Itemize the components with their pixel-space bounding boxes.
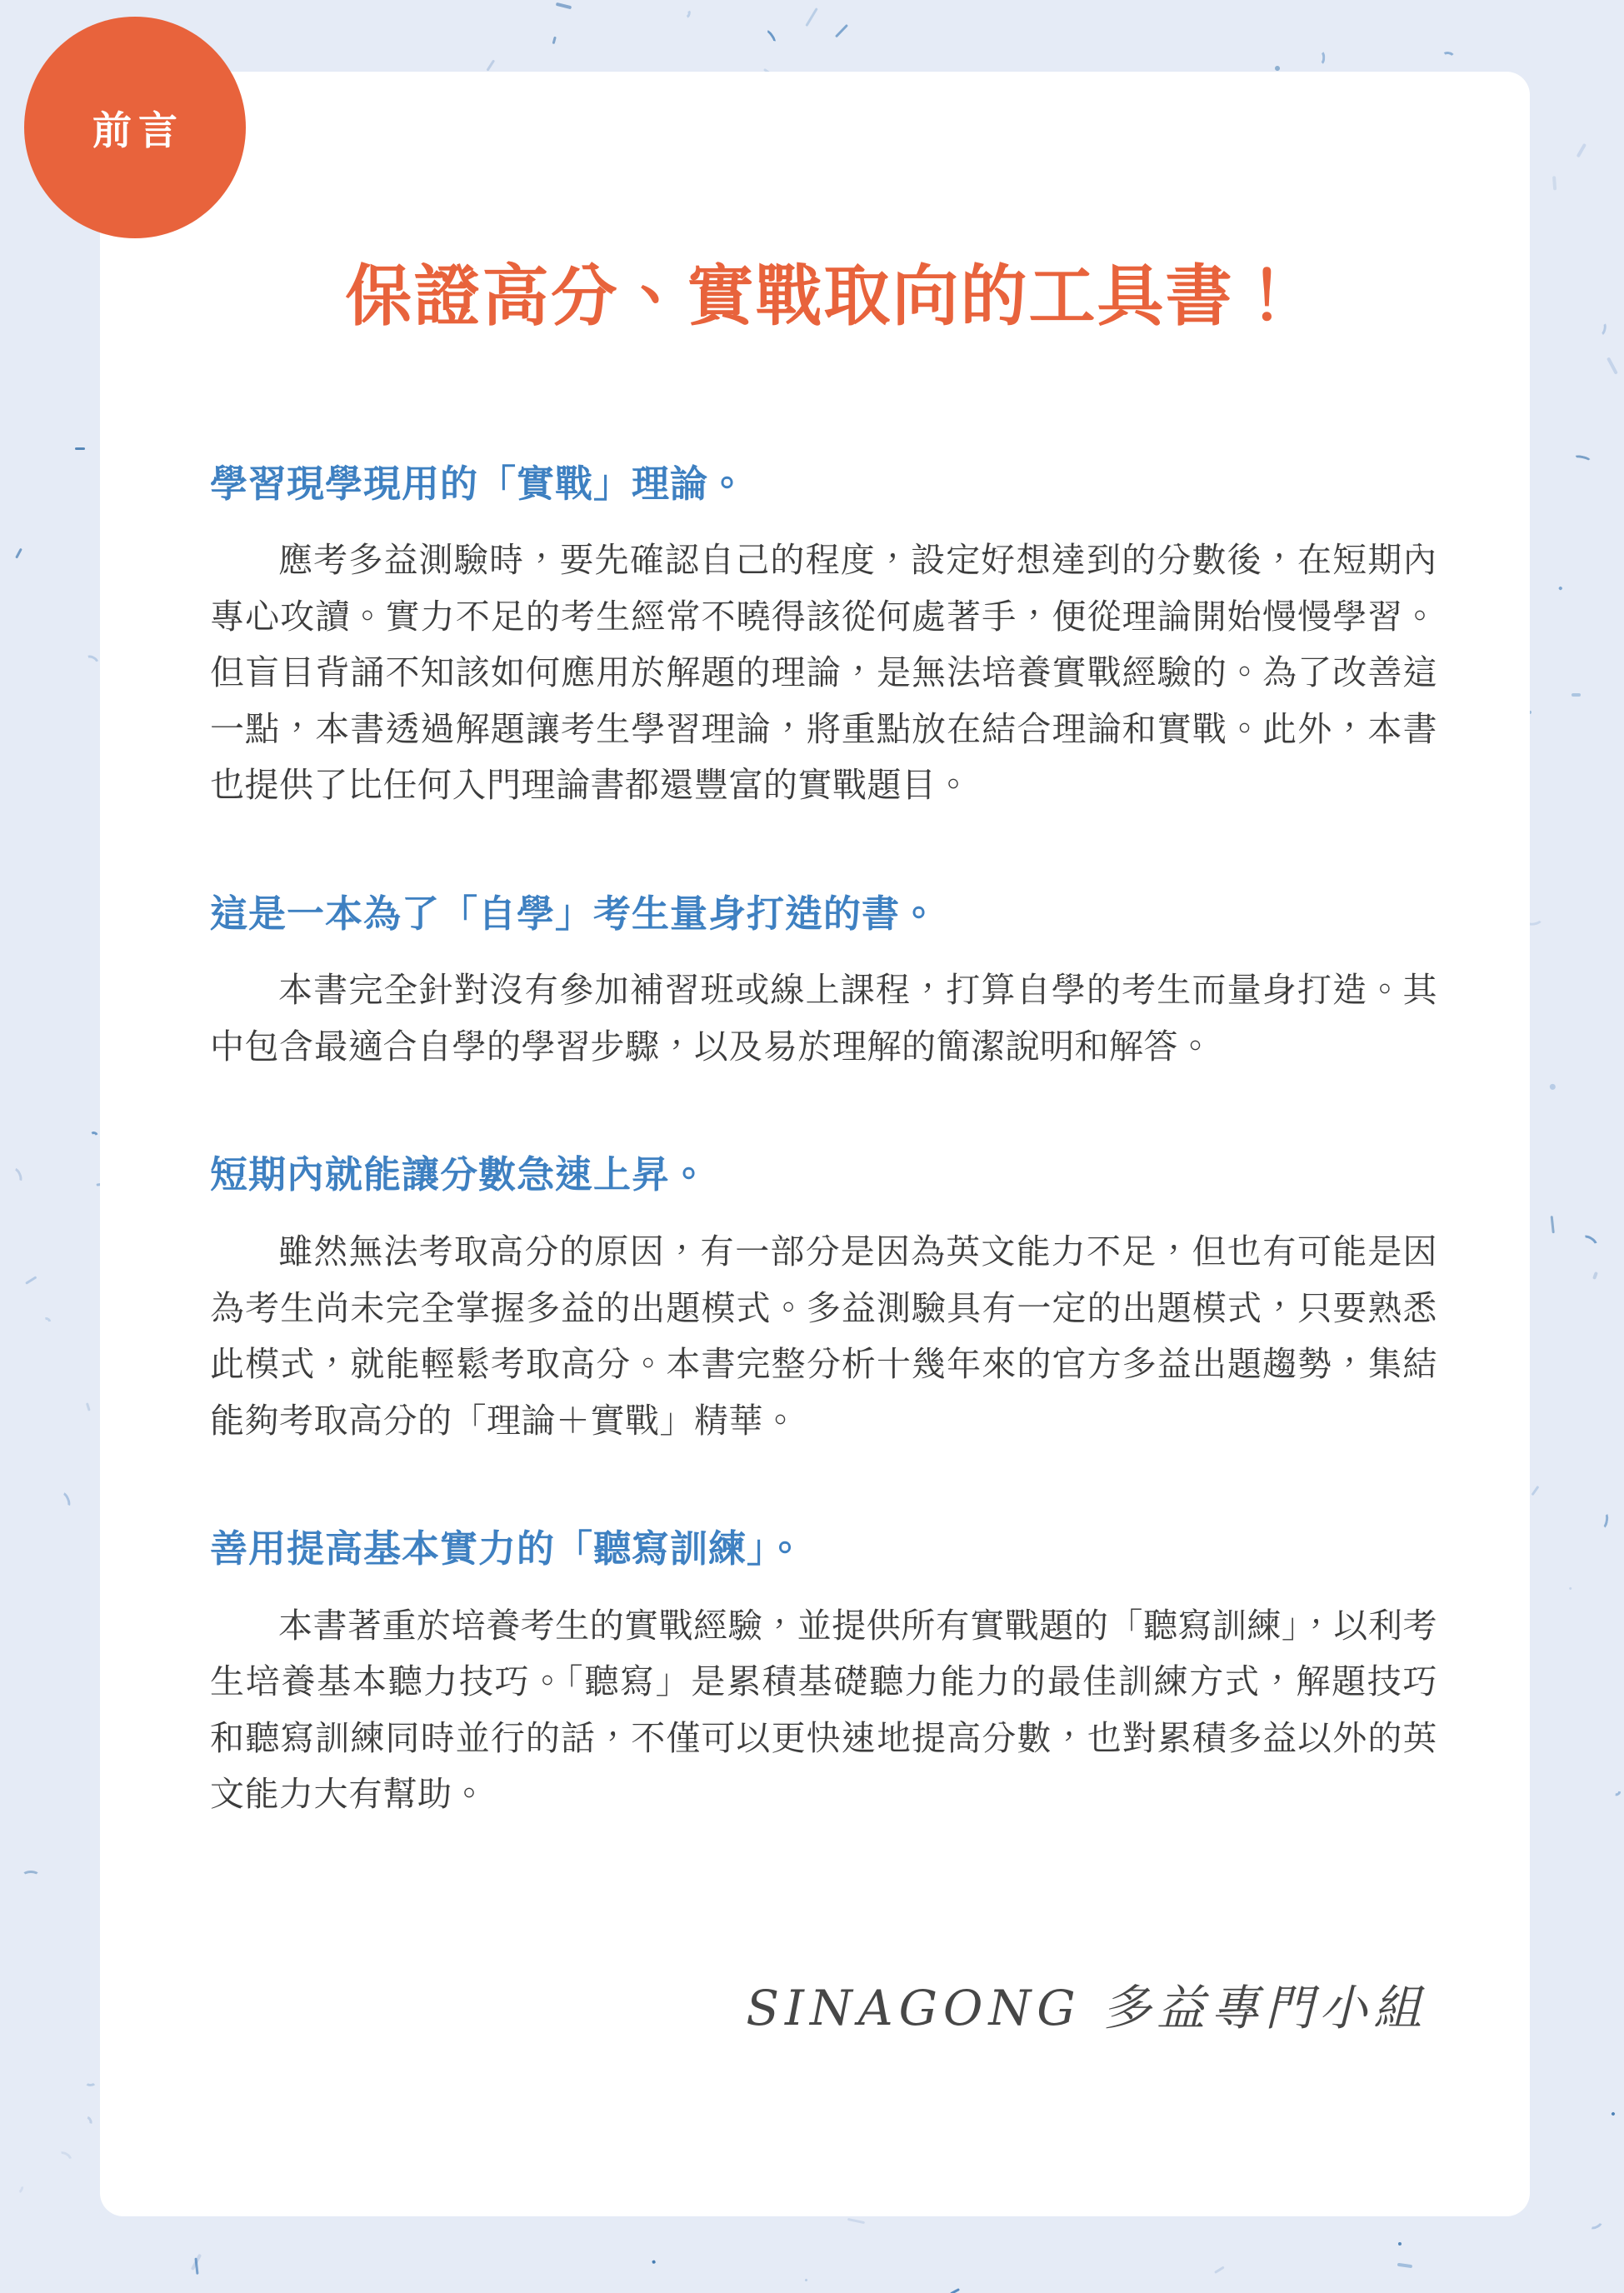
confetti-speck [1611,2112,1616,2117]
confetti-speck [25,1276,37,1284]
confetti-speck [1550,1084,1557,1091]
page-background: 保證高分、實戰取向的工具書！ 學習現學現用的「實戰」理論。 應考多益測驗時，要先… [0,0,1624,2293]
confetti-speck [1215,2266,1225,2274]
confetti-speck [1397,2242,1402,2246]
section-heading-4: 善用提高基本實力的「聽寫訓練」。 [210,1529,1437,1570]
confetti-speck [835,25,848,38]
confetti-speck [12,2181,24,2194]
confetti-speck [805,2278,808,2281]
section-score-rise: 短期內就能讓分數急速上昇。 雖然無法考取高分的原因，有一部分是因為英文能力不足，… [210,1155,1437,1449]
preface-badge: 前言 [24,17,246,238]
confetti-speck [22,1871,40,1881]
confetti-speck [1441,51,1455,63]
confetti-speck [38,1315,53,1330]
confetti-speck [806,7,818,26]
confetti-speck [87,1131,100,1146]
confetti-speck [1559,586,1563,590]
confetti-speck [87,1402,92,1411]
confetti-speck [552,37,557,44]
confetti-speck [847,2218,865,2225]
section-dictation-training: 善用提高基本實力的「聽寫訓練」。 本書著重於培養考生的實戰經驗，並提供所有實戰題… [210,1529,1437,1823]
confetti-speck [15,548,22,559]
section-body-4: 本書著重於培養考生的實戰經驗，並提供所有實戰題的「聽寫訓練」，以利考生培養基本聽… [210,1598,1437,1823]
content-card: 保證高分、實戰取向的工具書！ 學習現學現用的「實戰」理論。 應考多益測驗時，要先… [100,72,1530,2216]
confetti-speck [1314,50,1326,67]
confetti-speck [556,2,572,9]
confetti-speck [1551,1216,1555,1233]
confetti-speck [1607,357,1618,374]
confetti-speck [75,447,85,451]
section-heading-3: 短期內就能讓分數急速上昇。 [210,1155,1437,1196]
confetti-speck [762,28,777,47]
confetti-speck [1552,176,1557,191]
author-signature: SINAGONG 多益專門小組 [210,1969,1437,2039]
section-heading-1: 學習現學現用的「實戰」理論。 [210,464,1437,505]
section-body-3: 雖然無法考取高分的原因，有一部分是因為英文能力不足，但也有可能是因為考生尚未完全… [210,1224,1437,1449]
confetti-speck [1397,2263,1413,2268]
confetti-speck [652,2261,656,2265]
confetti-speck [1592,1271,1598,1280]
confetti-speck [79,2114,94,2129]
confetti-speck [1572,693,1580,696]
confetti-speck [85,2077,97,2086]
section-body-1: 應考多益測驗時，要先確認自己的程度，設定好想達到的分數後，在短期內專心攻讀。實力… [210,532,1437,814]
confetti-speck [1274,65,1280,71]
confetti-speck [1568,1586,1572,1591]
confetti-speck [1578,1233,1600,1252]
section-body-2: 本書完全針對沒有參加補習班或線上課程，打算自學的考生而量身打造。其中包含最適合自… [210,962,1437,1075]
confetti-speck [5,1165,24,1186]
section-heading-2: 這是一本為了「自學」考生量身打造的書。 [210,894,1437,935]
confetti-speck [56,1490,72,1511]
confetti-speck [1596,320,1608,337]
section-self-study: 這是一本為了「自學」考生量身打造的書。 本書完全針對沒有參加補習班或線上課程，打… [210,894,1437,1076]
confetti-speck [1587,2216,1605,2231]
page-title: 保證高分、實戰取向的工具書！ [210,262,1437,332]
confetti-speck [54,2149,75,2168]
confetti-speck [679,7,692,20]
confetti-speck [1573,454,1592,466]
confetti-speck [1577,143,1587,157]
confetti-speck [1597,1511,1610,1530]
confetti-speck [486,59,495,72]
preface-badge-label: 前言 [86,100,184,156]
confetti-speck [1608,1782,1623,1798]
section-practical-theory: 學習現學現用的「實戰」理論。 應考多益測驗時，要先確認自己的程度，設定好想達到的… [210,464,1437,814]
confetti-speck [82,652,101,671]
confetti-speck [1532,1486,1540,1496]
confetti-speck [950,2288,960,2293]
